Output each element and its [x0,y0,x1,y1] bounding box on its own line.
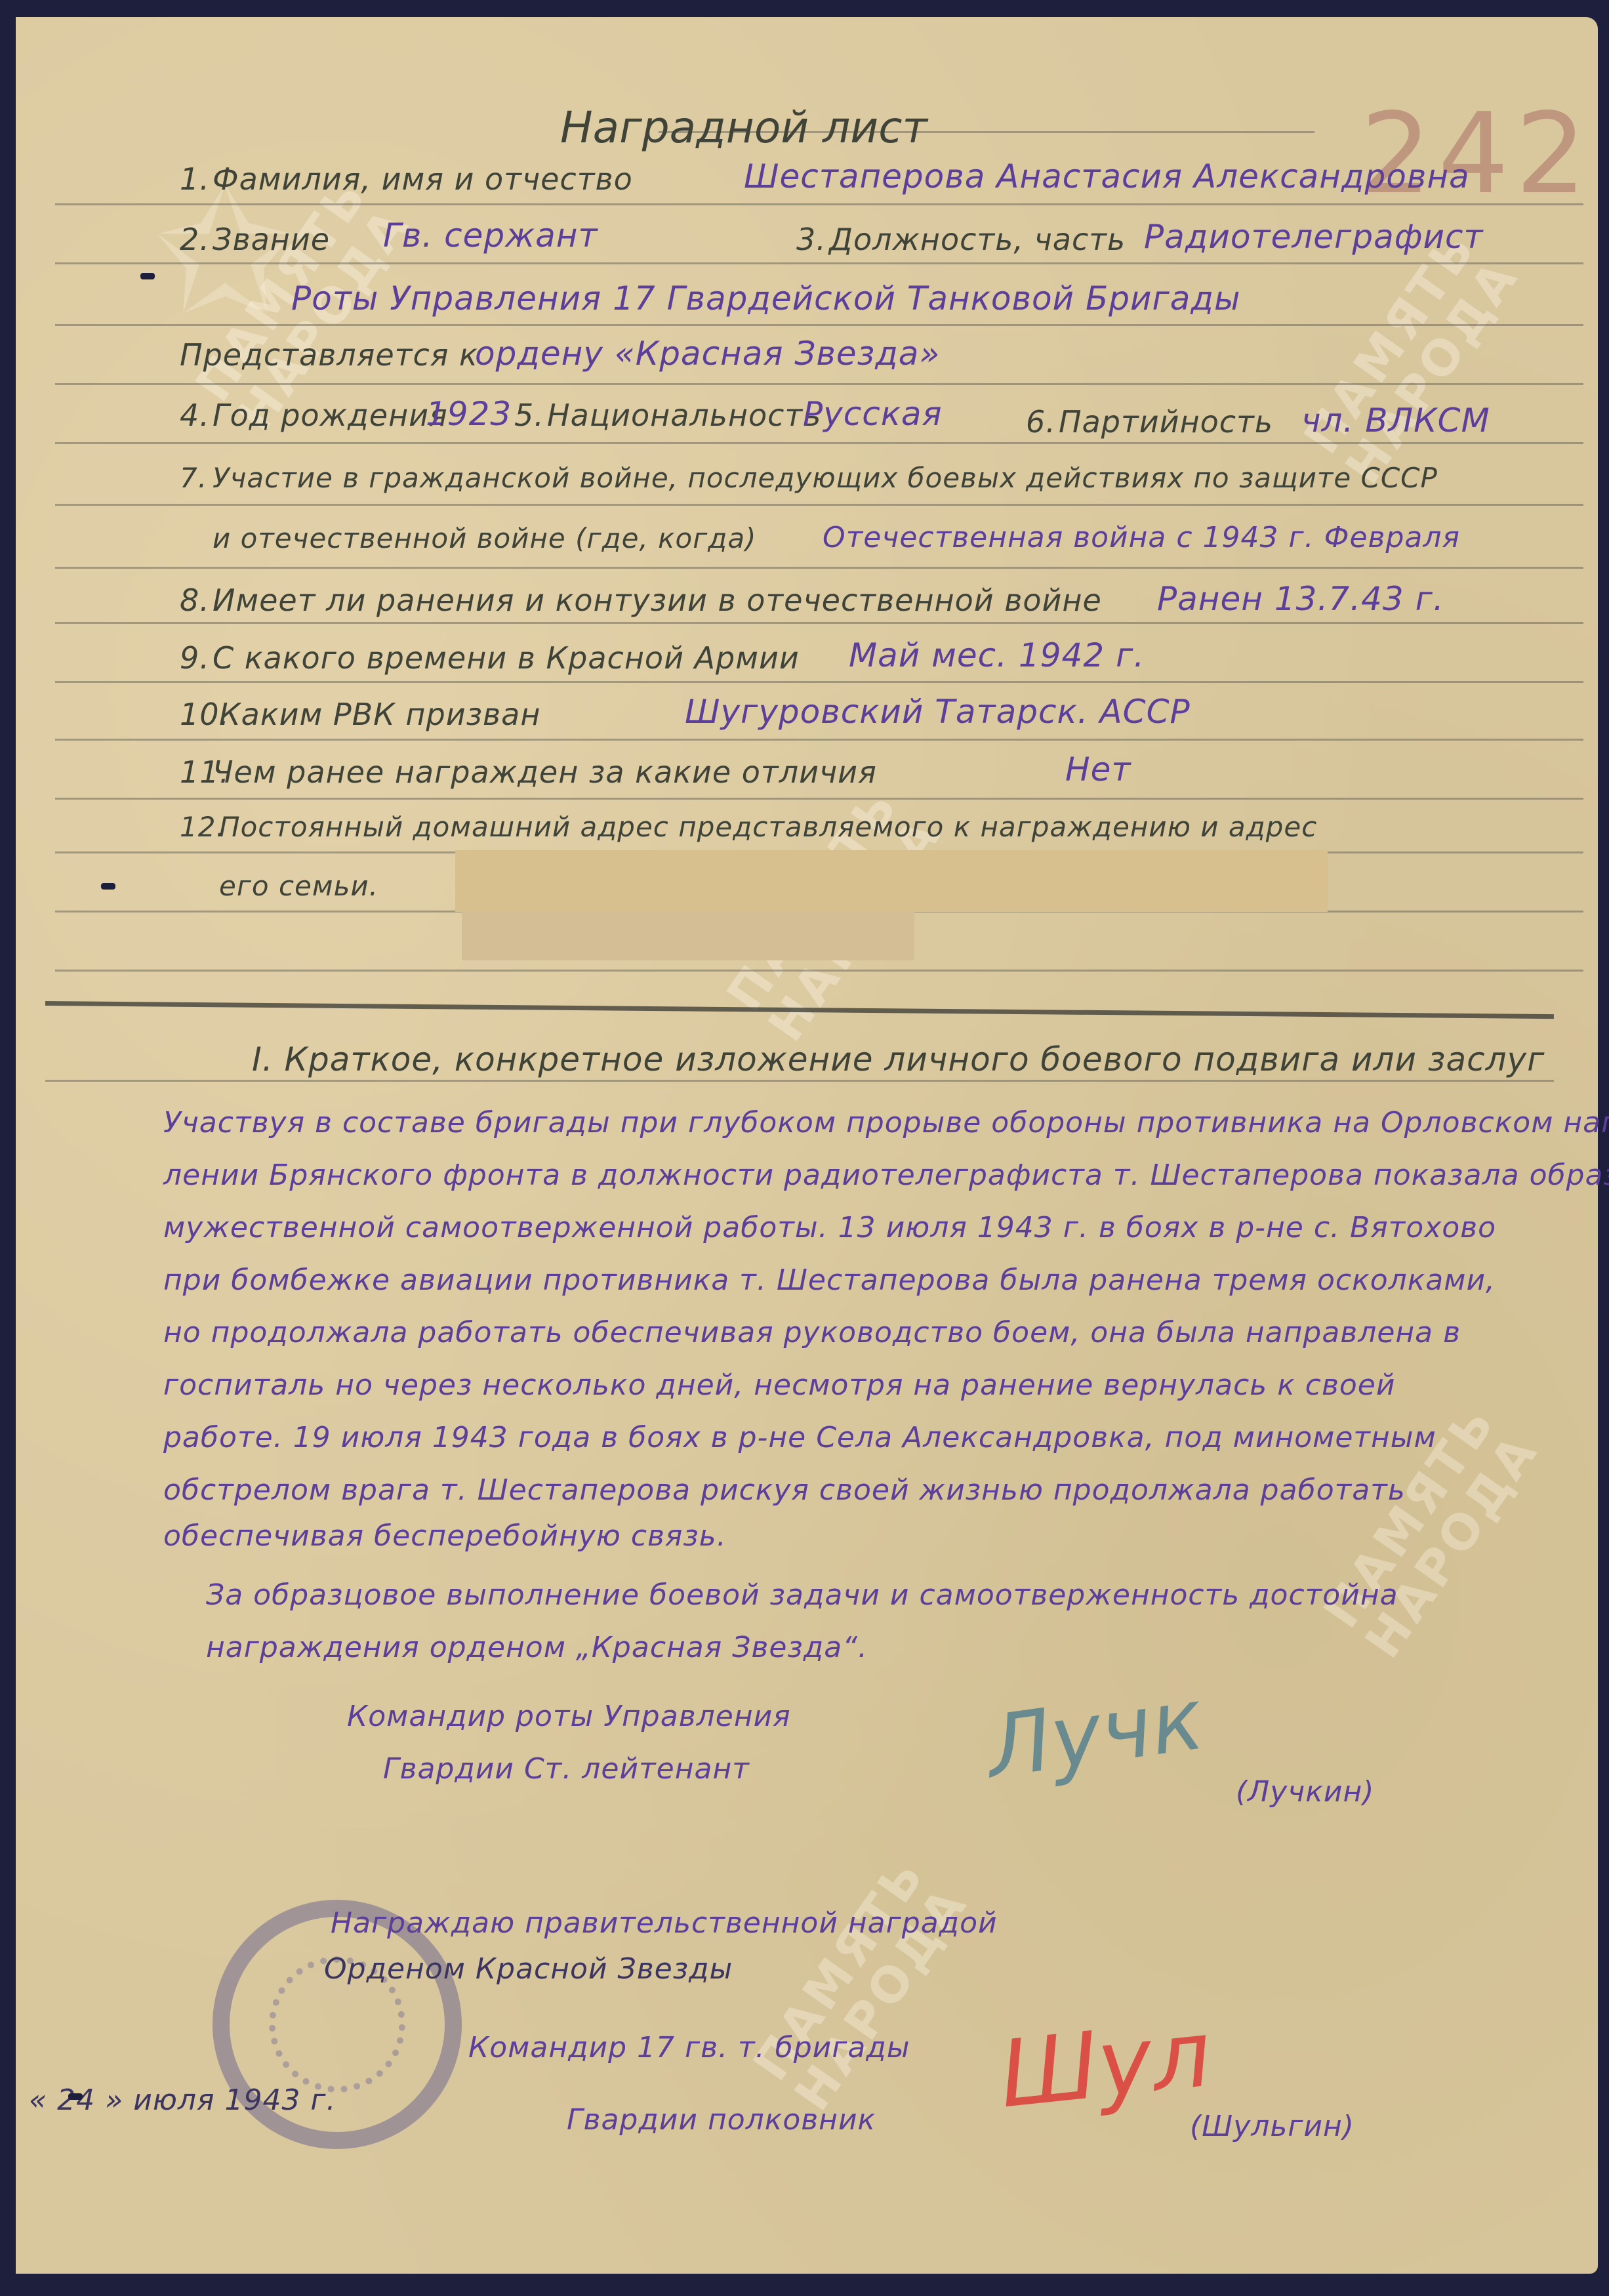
presented-to-label: Представляется к [180,337,478,373]
field-1-number: 1. [180,161,210,197]
field-6-number: 6. [1026,404,1056,440]
field-7-label-cont: и отечественной войне (где, когда) [213,522,756,554]
ruled-line [55,442,1583,444]
field-11-label: Чем ранее награжден за какие отличия [213,754,877,790]
field-1-value: Шестаперова Анастасия Александровна [744,157,1470,195]
ruled-line [45,1080,1554,1082]
field-8-label: Имеет ли ранения и контузии в отечествен… [213,583,1102,618]
paper-hole [101,883,115,890]
watermark: ПАМЯТЬНАРОДА [744,1848,977,2119]
conclusion-line: За образцовое выполнение боевой задачи и… [206,1578,1398,1612]
field-12-label: Постоянный домашний адрес представляемог… [219,811,1317,843]
field-9-value: Май мес. 1942 г. [849,636,1145,674]
field-2-label: Звание [213,222,330,257]
field-10-value: Шугуровский Татарск. АССР [685,693,1191,731]
narrative-line: при бомбежке авиации противника т. Шеста… [163,1263,1496,1297]
ruled-line [55,383,1583,385]
ruled-line [55,681,1583,683]
presented-to-award: ордену «Красная Звезда» [475,335,940,373]
document-date: « 24 » июля 1943 г. [29,2083,336,2117]
conclusion-line: награждения орденом „Красная Звезда“. [206,1631,868,1664]
document-title: Наградной лист [560,102,927,153]
narrative-line: но продолжала работать обеспечивая руков… [163,1316,1461,1349]
field-3-value: Радиотелеграфист [1144,218,1484,256]
signatory-1-name: (Лучкин) [1236,1775,1374,1809]
field-5-value: Русская [803,395,943,433]
decision-line-2: Орденом Красной Звезды [324,1952,733,1986]
decision-line-1: Награждаю правительственной наградой [331,1906,998,1940]
narrative-line: лении Брянского фронта в должности радио… [163,1158,1609,1192]
field-3-number: 3. [796,222,826,257]
narrative-line: работе. 19 июля 1943 года в боях в р-не … [163,1421,1436,1454]
signature-2: Шул [994,2001,1215,2129]
signature-1: Лучк [981,1669,1209,1797]
field-2-value: Гв. сержант [383,216,598,255]
narrative-line: обстрелом врага т. Шестаперова рискуя св… [163,1473,1406,1507]
field-11-value: Нет [1065,750,1131,789]
section-heading: I. Краткое, конкретное изложение личного… [252,1040,1545,1078]
signatory-2-position: Командир 17 гв. т. бригады [468,2031,910,2064]
ruled-line [55,504,1583,506]
field-6-label: Партийность [1059,404,1273,440]
field-9-number: 9. [180,640,210,676]
field-1-label: Фамилия, имя и отчество [213,161,633,197]
narrative-line: мужественной самоотверженной работы. 13 … [163,1211,1496,1244]
ruled-line [55,262,1583,264]
paper-hole [68,2093,83,2100]
ruled-line [55,798,1583,800]
field-3-label: Должность, часть [829,222,1126,257]
redacted-address-block [455,850,1328,912]
ruled-line [55,567,1583,569]
ruled-line [55,324,1583,326]
signatory-2-rank: Гвардии полковник [567,2103,876,2137]
narrative-line: Участвуя в составе бригады при глубоком … [163,1106,1609,1139]
field-5-label: Национальность [547,398,821,433]
archive-number: 242 [1360,89,1593,219]
field-8-value: Ранен 13.7.43 г. [1157,580,1444,618]
field-3-unit: Роты Управления 17 Гвардейской Танковой … [291,279,1240,318]
signatory-1-position: Командир роты Управления [347,1700,791,1733]
redacted-address-block [462,912,914,960]
field-7-value: Отечественная война с 1943 г. Февраля [823,521,1460,554]
signatory-1-rank: Гвардии Ст. лейтенант [383,1752,750,1786]
field-10-label: Каким РВК призван [219,697,540,732]
field-6-value: чл. ВЛКСМ [1301,401,1490,440]
field-2-number: 2. [180,222,210,257]
field-4-number: 4. [180,398,210,433]
field-7-label: Участие в гражданской войне, последующих… [213,462,1438,494]
ruled-line [55,970,1583,972]
signatory-2-name: (Шульгин) [1190,2110,1354,2143]
field-5-number: 5. [514,398,544,433]
narrative-line: госпиталь но через несколько дней, несмо… [163,1368,1395,1402]
field-9-label: С какого времени в Красной Армии [213,640,800,676]
field-4-value: 1923 [426,395,512,433]
ruled-line [55,203,1583,205]
field-8-number: 8. [180,583,210,618]
award-sheet-paper: ✩ ПАМЯТЬНАРОДА ПАМЯТЬНАРОДА ПАМЯТЬНАРОДА… [16,17,1598,2274]
field-12-label-cont: его семьи. [219,870,378,902]
field-7-number: 7. [180,462,207,494]
paper-hole [140,273,155,279]
narrative-line: обеспечивая бесперебойную связь. [163,1519,727,1553]
ruled-line [55,739,1583,741]
field-4-label: Год рождения [213,398,448,433]
ruled-line [55,622,1583,624]
